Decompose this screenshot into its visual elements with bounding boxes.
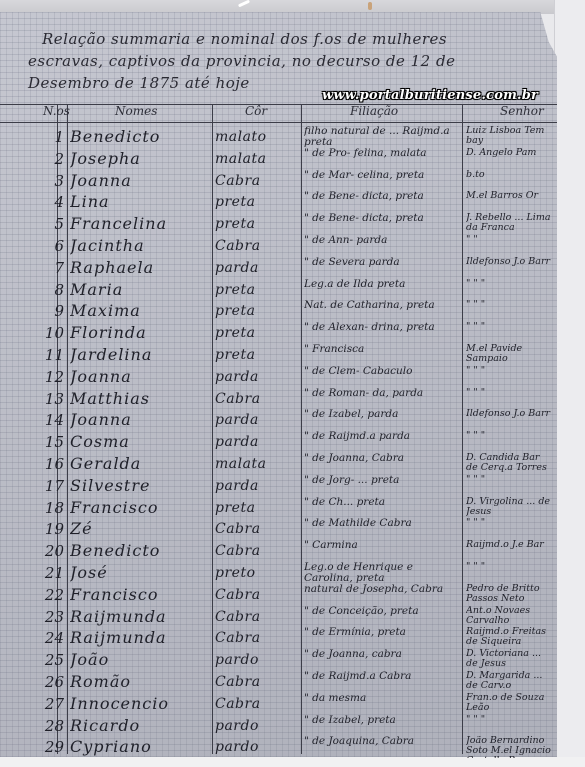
ledger-row: 17Silvestreparda" de Jorg- ... preta" " … (0, 475, 557, 497)
row-color: Cabra (215, 235, 297, 257)
row-number: 3 (40, 170, 64, 192)
row-owner: " " " (466, 322, 554, 344)
row-owner: D. Angelo Pam (466, 148, 554, 170)
row-name: Francisco (70, 497, 208, 519)
ledger-row: 7Raphaelaparda" de Severa pardaIldefonso… (0, 257, 557, 279)
row-parents: " de Joanna, cabra (304, 649, 459, 671)
row-number: 11 (40, 344, 64, 366)
row-owner: " " (466, 235, 554, 257)
ledger-row: 16Geraldamalata" de Joanna, CabraD. Cand… (0, 453, 557, 475)
row-color: Cabra (215, 627, 297, 649)
scan-right-margin (554, 0, 585, 767)
row-parents: " de Conceição, preta (304, 606, 459, 628)
row-name: Jardelina (70, 344, 208, 366)
row-name: Joanna (70, 366, 208, 388)
row-name: Raphaela (70, 257, 208, 279)
row-name: Francelina (70, 213, 208, 235)
ledger-row: 26RomãoCabra" de Raijmd.a CabraD. Margar… (0, 671, 557, 693)
row-parents: " Carmina (304, 540, 459, 562)
title-line-2: escravas, captivos da provincia, no decu… (28, 50, 548, 72)
row-owner: J. Rebello ... Lima da Franca (466, 213, 554, 235)
row-parents: Nat. de Catharina, preta (304, 300, 459, 322)
row-name: Raijmunda (70, 627, 208, 649)
ledger-row: 10Florindapreta" de Alexan- drina, preta… (0, 322, 557, 344)
row-color: Cabra (215, 671, 297, 693)
row-name: João (70, 649, 208, 671)
row-color: Cabra (215, 170, 297, 192)
row-color: malata (215, 453, 297, 475)
row-color: preta (215, 322, 297, 344)
paper-stain (368, 2, 372, 10)
row-number: 18 (40, 497, 64, 519)
row-owner: " " " (466, 562, 554, 584)
row-name: Benedicto (70, 126, 208, 148)
row-owner: D. Candida Bar de Cerq.a Torres (466, 453, 554, 475)
row-name: José (70, 562, 208, 584)
row-name: Geralda (70, 453, 208, 475)
row-owner: b.to (466, 170, 554, 192)
row-owner: D. Virgolina ... de Jesus (466, 497, 554, 519)
row-name: Joanna (70, 409, 208, 431)
ledger-row: 11Jardelinapreta" FranciscaM.el Pavide S… (0, 344, 557, 366)
row-number: 25 (40, 649, 64, 671)
header-parents: Filiação (350, 104, 398, 118)
header-number: N.os (43, 104, 70, 118)
title-line-1: Relação summaria e nominal dos f.os de m… (42, 28, 548, 50)
row-parents: " de Pro- felina, malata (304, 148, 459, 170)
row-color: Cabra (215, 518, 297, 540)
ledger-row: 18Franciscopreta" de Ch... pretaD. Virgo… (0, 497, 557, 519)
row-color: Cabra (215, 540, 297, 562)
row-name: Raijmunda (70, 606, 208, 628)
row-number: 22 (40, 584, 64, 606)
row-name: Romão (70, 671, 208, 693)
row-color: pardo (215, 649, 297, 671)
row-color: parda (215, 366, 297, 388)
row-color: parda (215, 409, 297, 431)
row-color: Cabra (215, 693, 297, 715)
row-parents: natural de Josepha, Cabra (304, 584, 459, 606)
ledger-row: 21JosépretoLeg.o de Henrique e Carolina,… (0, 562, 557, 584)
ledger-row: 29Cyprianopardo" de Joaquina, CabraJoão … (0, 736, 557, 758)
row-name: Matthias (70, 388, 208, 410)
row-number: 10 (40, 322, 64, 344)
row-parents: " de Jorg- ... preta (304, 475, 459, 497)
row-owner: M.el Pavide Sampaio (466, 344, 554, 366)
row-number: 23 (40, 606, 64, 628)
ledger-row: 3JoannaCabra" de Mar- celina, pretab.to (0, 170, 557, 192)
row-number: 20 (40, 540, 64, 562)
row-owner: D. Victoriana ... de Jesus (466, 649, 554, 671)
row-color: pardo (215, 715, 297, 737)
row-owner: Pedro de Britto Passos Neto (466, 584, 554, 606)
row-color: preta (215, 344, 297, 366)
row-parents: " de Clem- Cabaculo (304, 366, 459, 388)
row-number: 6 (40, 235, 64, 257)
row-owner: Raijmd.o Freitas de Siqueira (466, 627, 554, 649)
row-parents: " de Ermínia, preta (304, 627, 459, 649)
row-name: Innocencio (70, 693, 208, 715)
document-title: Relação summaria e nominal dos f.os de m… (28, 28, 548, 94)
header-owner: Senhor (500, 104, 544, 118)
row-owner: " " " (466, 431, 554, 453)
ledger-row: 4Linapreta" de Bene- dicta, pretaM.el Ba… (0, 191, 557, 213)
row-number: 15 (40, 431, 64, 453)
row-name: Jacintha (70, 235, 208, 257)
row-number: 16 (40, 453, 64, 475)
row-owner: Raijmd.o J.e Bar (466, 540, 554, 562)
header-color: Côr (245, 104, 267, 118)
ledger-row: 27InnocencioCabra" da mesmaFran.o de Sou… (0, 693, 557, 715)
row-color: pardo (215, 736, 297, 758)
header-bottom-rule (0, 122, 557, 123)
ledger-row: 5Francelinapreta" de Bene- dicta, pretaJ… (0, 213, 557, 235)
ledger-row: 13MatthiasCabra" de Roman- da, parda" " … (0, 388, 557, 410)
row-owner: M.el Barros Or (466, 191, 554, 213)
row-owner: " " " (466, 279, 554, 301)
row-name: Ricardo (70, 715, 208, 737)
row-number: 13 (40, 388, 64, 410)
row-parents: " de Mathilde Cabra (304, 518, 459, 540)
ledger-row: 20BenedictoCabra" CarminaRaijmd.o J.e Ba… (0, 540, 557, 562)
row-parents: filho natural de ... Raijmd.a preta (304, 126, 459, 148)
row-number: 26 (40, 671, 64, 693)
row-number: 2 (40, 148, 64, 170)
row-owner: " " " (466, 518, 554, 540)
row-number: 21 (40, 562, 64, 584)
row-owner: Ant.o Novaes Carvalho (466, 606, 554, 628)
row-parents: " de Joaquina, Cabra (304, 736, 459, 758)
row-owner: Ildefonso J.o Barr (466, 409, 554, 431)
row-number: 28 (40, 715, 64, 737)
row-name: Cosma (70, 431, 208, 453)
row-number: 9 (40, 300, 64, 322)
row-name: Silvestre (70, 475, 208, 497)
row-number: 29 (40, 736, 64, 758)
scan-top-edge (0, 0, 585, 14)
row-number: 1 (40, 126, 64, 148)
row-color: preto (215, 562, 297, 584)
row-color: Cabra (215, 606, 297, 628)
row-number: 8 (40, 279, 64, 301)
row-parents: " da mesma (304, 693, 459, 715)
row-number: 4 (40, 191, 64, 213)
site-watermark: www.portalburitiense.com.br (322, 88, 538, 103)
row-color: Cabra (215, 584, 297, 606)
row-parents: " de Izabel, parda (304, 409, 459, 431)
row-number: 7 (40, 257, 64, 279)
row-name: Francisco (70, 584, 208, 606)
row-parents: " de Roman- da, parda (304, 388, 459, 410)
row-parents: " de Ann- parda (304, 235, 459, 257)
row-owner: Fran.o de Souza Leão (466, 693, 554, 715)
row-parents: Leg.a de Ilda preta (304, 279, 459, 301)
row-number: 27 (40, 693, 64, 715)
row-parents: " de Raijmd.a Cabra (304, 671, 459, 693)
ledger-row: 25Joãopardo" de Joanna, cabraD. Victoria… (0, 649, 557, 671)
row-color: preta (215, 497, 297, 519)
row-parents: " de Bene- dicta, preta (304, 213, 459, 235)
ledger-row: 8MariapretaLeg.a de Ilda preta" " " (0, 279, 557, 301)
row-parents: " de Alexan- drina, preta (304, 322, 459, 344)
row-number: 14 (40, 409, 64, 431)
row-owner: " " " (466, 715, 554, 737)
row-number: 24 (40, 627, 64, 649)
ledger-row: 23RaijmundaCabra" de Conceição, pretaAnt… (0, 606, 557, 628)
row-owner: " " " (466, 366, 554, 388)
header-name: Nomes (115, 104, 157, 118)
ledger-row: 15Cosmaparda" de Raijmd.a parda" " " (0, 431, 557, 453)
ledger-row: 9MaximapretaNat. de Catharina, preta" " … (0, 300, 557, 322)
row-name: Maria (70, 279, 208, 301)
ledger-row: 22FranciscoCabranatural de Josepha, Cabr… (0, 584, 557, 606)
row-color: preta (215, 300, 297, 322)
row-color: preta (215, 279, 297, 301)
row-parents: " de Joanna, Cabra (304, 453, 459, 475)
row-name: Maxima (70, 300, 208, 322)
row-owner: " " " (466, 475, 554, 497)
row-name: Josepha (70, 148, 208, 170)
row-owner: Ildefonso J.o Barr (466, 257, 554, 279)
row-number: 5 (40, 213, 64, 235)
ledger-row: 14Joannaparda" de Izabel, pardaIldefonso… (0, 409, 557, 431)
scan-mark (238, 0, 250, 7)
ledger-row: 19ZéCabra" de Mathilde Cabra" " " (0, 518, 557, 540)
ledger-row: 6JacinthaCabra" de Ann- parda" " (0, 235, 557, 257)
row-owner: " " " (466, 300, 554, 322)
row-parents: " de Ch... preta (304, 497, 459, 519)
row-color: parda (215, 257, 297, 279)
row-parents: Leg.o de Henrique e Carolina, preta (304, 562, 459, 584)
row-number: 12 (40, 366, 64, 388)
row-number: 19 (40, 518, 64, 540)
row-owner: D. Margarida ... de Carv.o (466, 671, 554, 693)
row-color: malata (215, 148, 297, 170)
row-color: preta (215, 191, 297, 213)
row-owner: Luiz Lisboa Tem bay (466, 126, 554, 148)
ledger-row: 1Benedictomalatofilho natural de ... Rai… (0, 126, 557, 148)
row-parents: " Francisca (304, 344, 459, 366)
row-parents: " de Raijmd.a parda (304, 431, 459, 453)
row-name: Joanna (70, 170, 208, 192)
ledger-row: 12Joannaparda" de Clem- Cabaculo" " " (0, 366, 557, 388)
row-owner: João Bernardino Soto M.el Ignacio Castel… (466, 736, 554, 758)
row-parents: " de Bene- dicta, preta (304, 191, 459, 213)
row-color: malato (215, 126, 297, 148)
ledger-row: 24RaijmundaCabra" de Ermínia, pretaRaijm… (0, 627, 557, 649)
row-color: Cabra (215, 388, 297, 410)
row-name: Cypriano (70, 736, 208, 758)
row-number: 17 (40, 475, 64, 497)
row-owner: " " " (466, 388, 554, 410)
ledger-row: 28Ricardopardo" de Izabel, preta" " " (0, 715, 557, 737)
row-parents: " de Izabel, preta (304, 715, 459, 737)
row-name: Zé (70, 518, 208, 540)
ledger-row: 2Josephamalata" de Pro- felina, malataD.… (0, 148, 557, 170)
row-color: parda (215, 431, 297, 453)
row-color: parda (215, 475, 297, 497)
table-top-rule (0, 104, 557, 105)
row-parents: " de Mar- celina, preta (304, 170, 459, 192)
row-color: preta (215, 213, 297, 235)
row-parents: " de Severa parda (304, 257, 459, 279)
row-name: Florinda (70, 322, 208, 344)
row-name: Lina (70, 191, 208, 213)
row-name: Benedicto (70, 540, 208, 562)
scan-bottom-edge (0, 757, 585, 767)
